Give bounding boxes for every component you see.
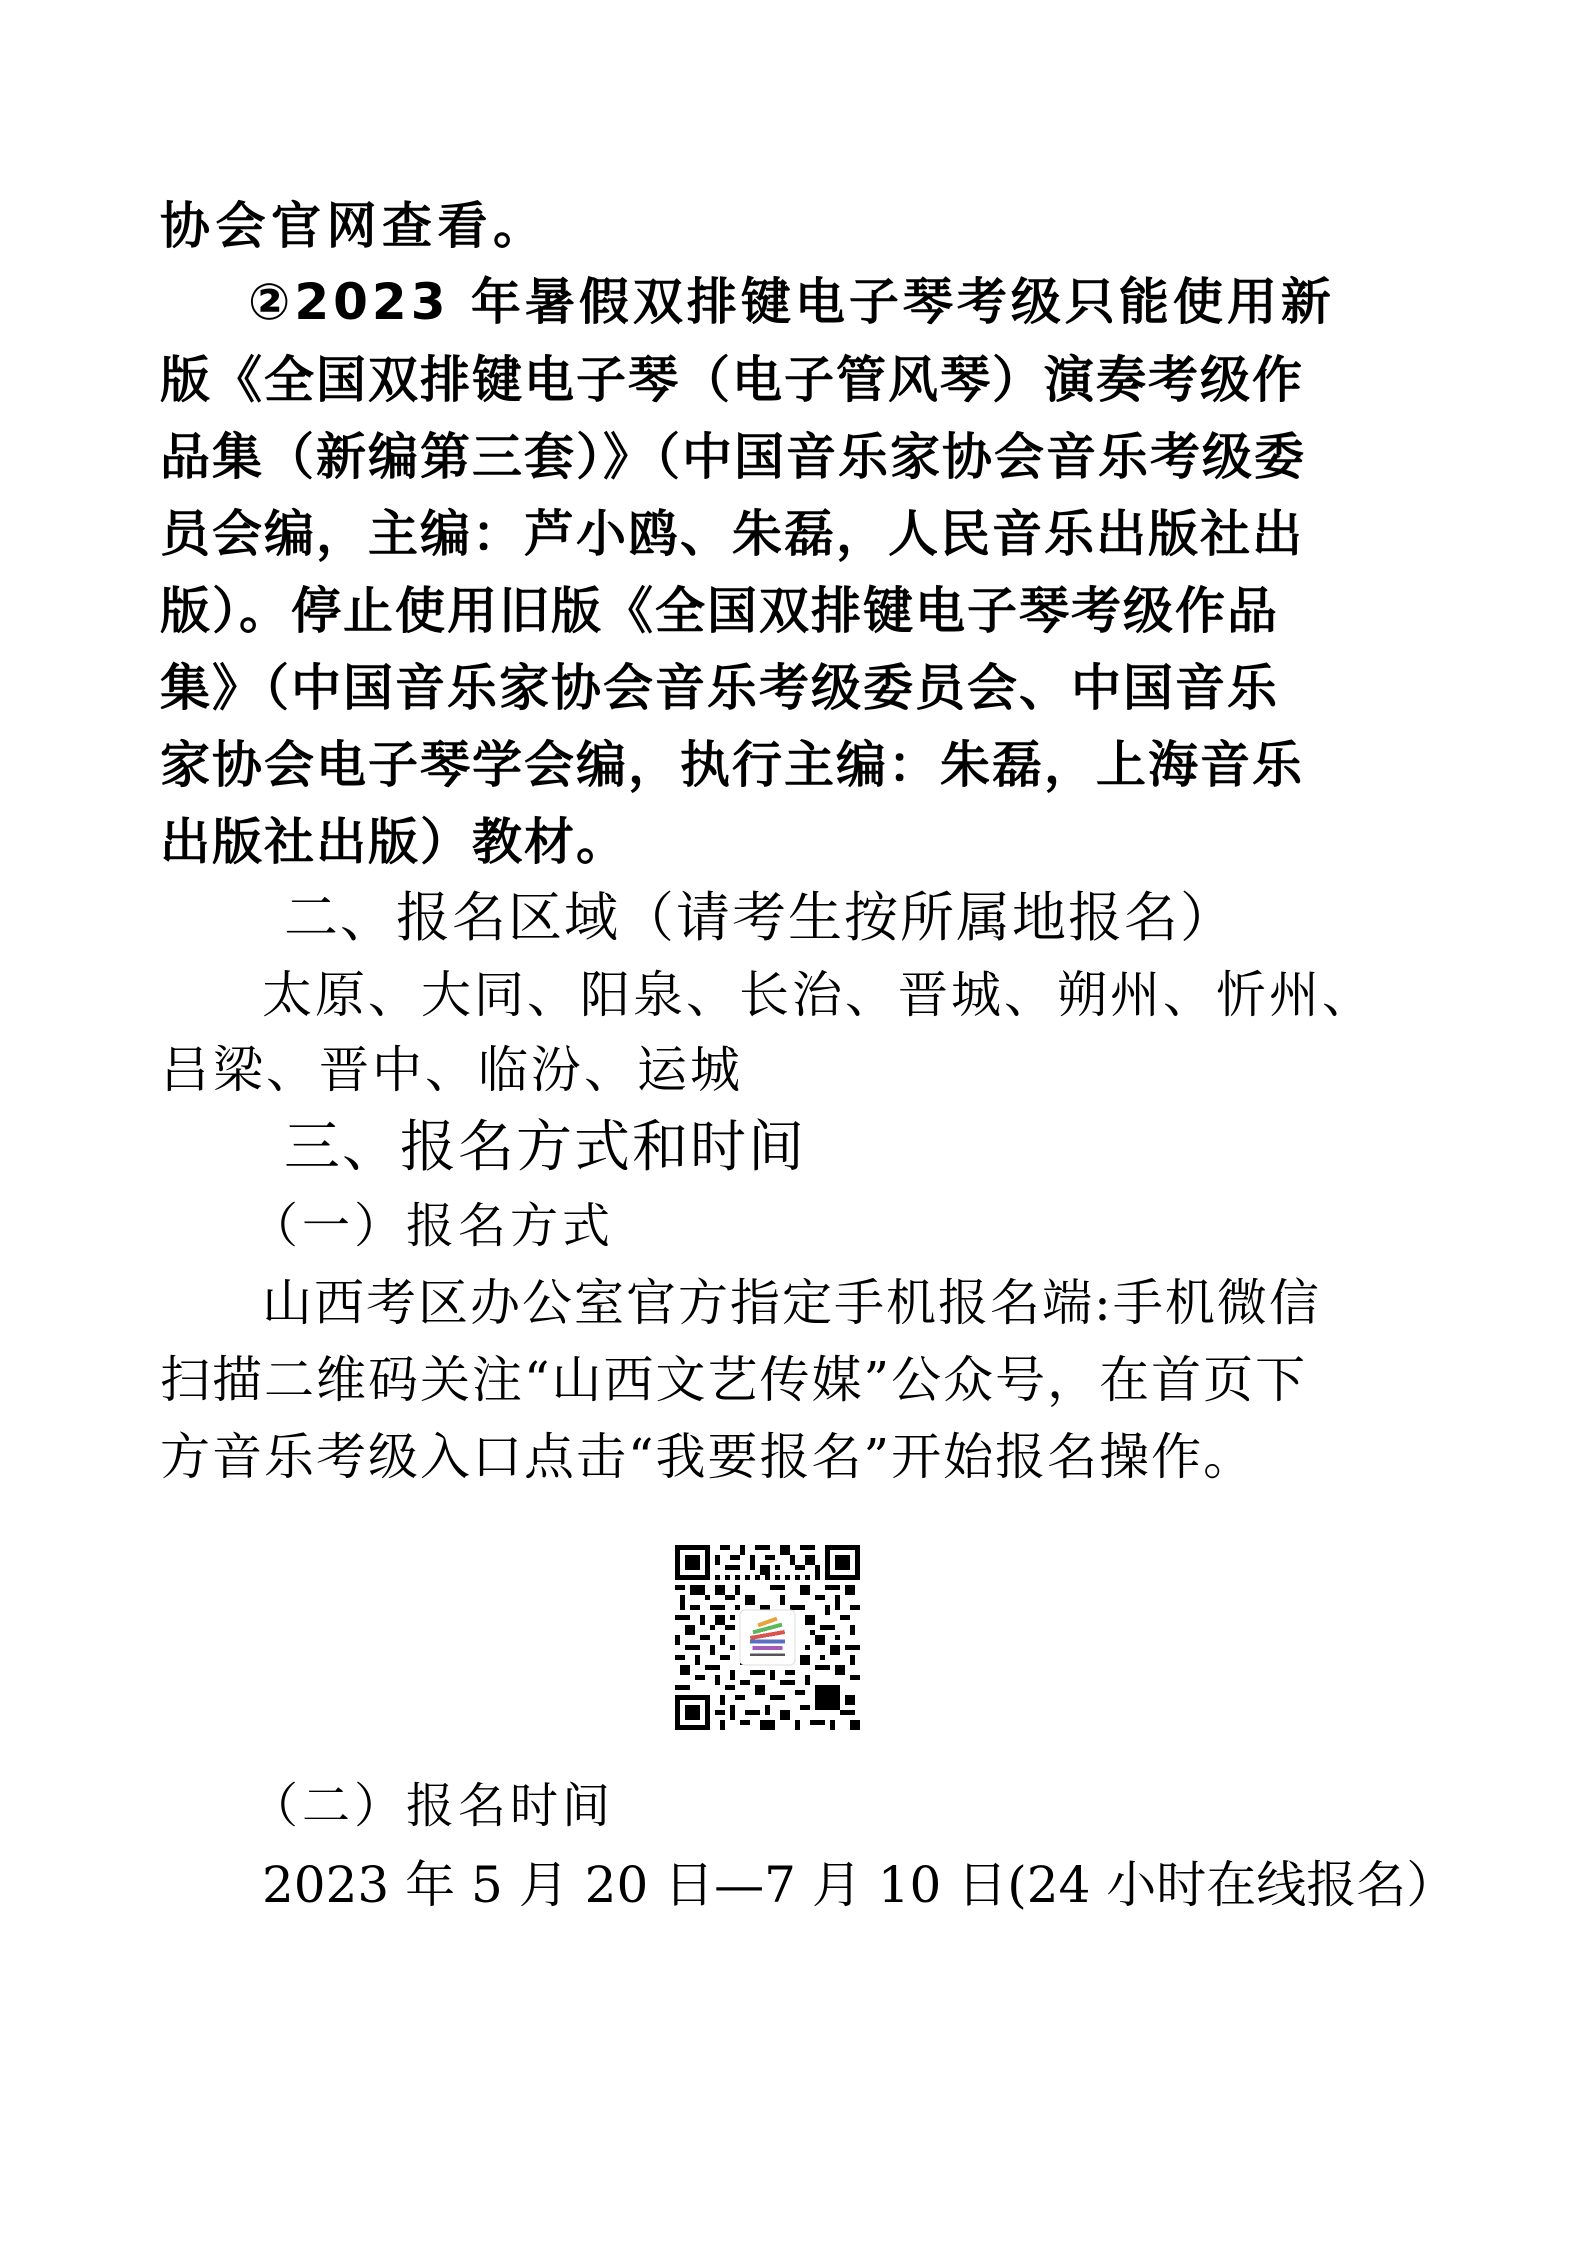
- note-2-line-2: 版《全国双排键电子琴（电子管风琴）演奏考级作: [160, 350, 1435, 410]
- registration-method-line-1: 山西考区办公室官方指定手机报名端:手机微信: [262, 1273, 1537, 1333]
- paragraph-continuation: 协会官网查看。: [160, 196, 1435, 256]
- note-2-line-1: ②2023 年暑假双排键电子琴考级只能使用新: [248, 272, 1438, 332]
- registration-method-line-3: 方音乐考级入口点击“我要报名”开始报名操作。: [160, 1427, 1435, 1487]
- subsection-2-heading: （二）报名时间: [250, 1776, 1525, 1836]
- note-2-line-8: 出版社出版）教材。: [160, 812, 1435, 872]
- note-2-line-4: 员会编，主编：芦小鸥、朱磊，人民音乐出版社出: [160, 504, 1435, 564]
- region-list-line-2: 吕梁、晋中、临汾、运城: [160, 1040, 1435, 1100]
- note-2-line-5: 版）。停止使用旧版《全国双排键电子琴考级作品: [160, 581, 1435, 641]
- note-2-line-3: 品集（新编第三套）》（中国音乐家协会音乐考级委: [160, 427, 1435, 487]
- qr-code-icon[interactable]: [675, 1545, 860, 1730]
- subsection-1-heading: （一）报名方式: [250, 1196, 1525, 1256]
- registration-period: 2023 年 5 月 20 日—7 月 10 日(24 小时在线报名）: [262, 1855, 1537, 1915]
- note-2-line-7: 家协会电子琴学会编，执行主编：朱磊，上海音乐: [160, 735, 1435, 795]
- document-page: 协会官网查看。 ②2023 年暑假双排键电子琴考级只能使用新 版《全国双排键电子…: [0, 0, 1587, 2245]
- region-list-line-1: 太原、大同、阳泉、长治、晋城、朔州、忻州、: [262, 965, 1537, 1025]
- section-2-heading: 二、报名区域（请考生按所属地报名）: [284, 888, 1559, 948]
- registration-method-line-2: 扫描二维码关注“山西文艺传媒”公众号，在首页下: [160, 1350, 1435, 1410]
- section-3-heading: 三、报名方式和时间: [284, 1118, 1559, 1178]
- note-2-line-6: 集》（中国音乐家协会音乐考级委员会、中国音乐: [160, 658, 1435, 718]
